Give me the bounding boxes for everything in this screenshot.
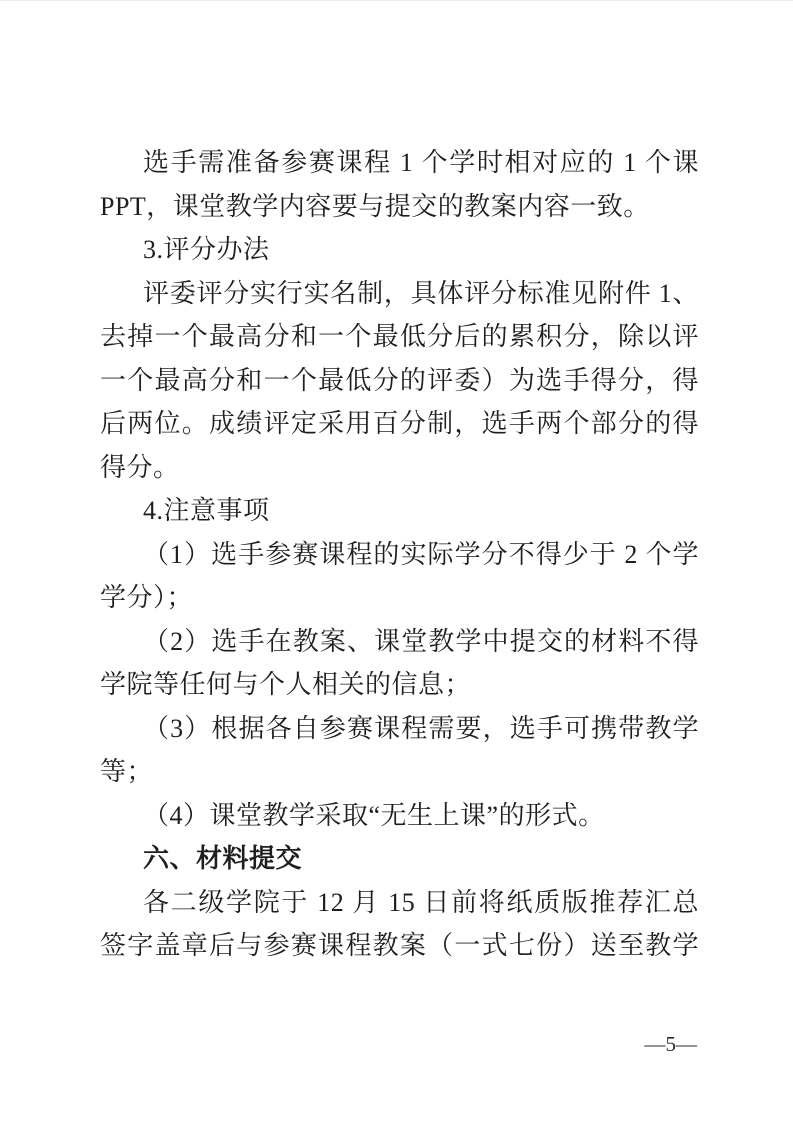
paragraph-line: 一个最高分和一个最低分的评委）为选手得分，得分保留小数点 <box>100 359 699 403</box>
paragraph-line: 后两位。成绩评定采用百分制，选手两个部分的得分相加为最终 <box>100 402 699 446</box>
list-item-line: 等； <box>100 750 699 794</box>
list-item-line: 学分）； <box>100 576 699 620</box>
list-item-line: （3）根据各自参赛课程需要，选手可携带教学模型、挂图 <box>100 707 699 751</box>
list-heading-notes: 4.注意事项 <box>100 489 699 533</box>
list-heading-scoring-method: 3.评分办法 <box>100 228 699 272</box>
list-item-line: 学院等任何与个人相关的信息； <box>100 663 699 707</box>
paragraph-line: 评委评分实行实名制，具体评分标准见附件 1、2。统分时 <box>100 272 699 316</box>
paragraph-line: 各二级学院于 12 月 15 日前将纸质版推荐汇总表（附件 3） <box>100 881 699 925</box>
document-body: 选手需准备参赛课程 1 个学时相对应的 1 个课堂教学节段的 PPT，课堂教学内… <box>100 141 699 968</box>
paragraph-line: 去掉一个最高分和一个最低分后的累积分，除以评委人数（不含 <box>100 315 699 359</box>
paragraph-line: 选手需准备参赛课程 1 个学时相对应的 1 个课堂教学节段的 <box>100 141 699 185</box>
paragraph-line: 签字盖章后与参赛课程教案（一式七份）送至教学楼 B108 室朱 <box>100 924 699 968</box>
paragraph-line: PPT，课堂教学内容要与提交的教案内容一致。 <box>100 185 699 229</box>
section-heading-material-submission: 六、材料提交 <box>100 837 699 881</box>
page-number: —5— <box>645 1031 698 1057</box>
list-item-line: （4）课堂教学采取“无生上课”的形式。 <box>100 794 699 838</box>
document-page: 选手需准备参赛课程 1 个学时相对应的 1 个课堂教学节段的 PPT，课堂教学内… <box>0 0 793 1122</box>
list-item-line: （2）选手在教案、课堂教学中提交的材料不得出现姓名、 <box>100 620 699 664</box>
paragraph-line: 得分。 <box>100 446 699 490</box>
list-item-line: （1）选手参赛课程的实际学分不得少于 2 个学分（含 2 个 <box>100 533 699 577</box>
